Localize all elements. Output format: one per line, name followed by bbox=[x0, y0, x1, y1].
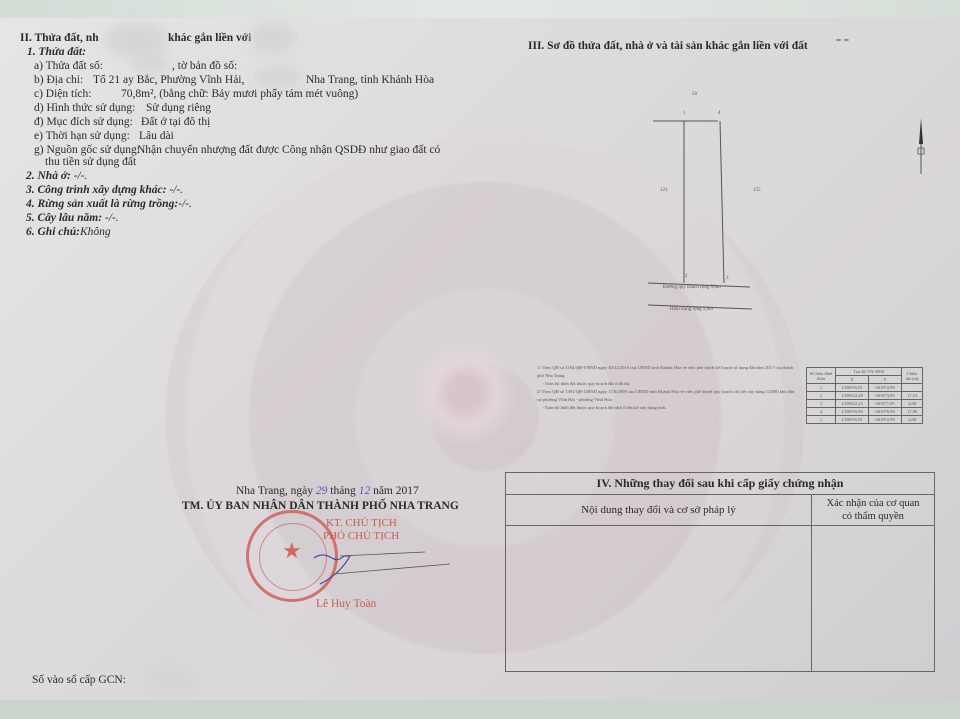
origin-value-2: thu tiền sử dụng đất bbox=[45, 155, 136, 169]
changes-table: IV. Những thay đổi sau khi cấp giấy chứn… bbox=[505, 472, 935, 672]
item-perennial-trees: 5. Cây lâu năm: -/-. bbox=[26, 211, 119, 225]
changes-content-cell bbox=[506, 526, 812, 671]
redaction-blur bbox=[140, 660, 200, 700]
address-label: b) Địa chỉ: bbox=[34, 73, 83, 87]
col-header: Chiều dài (m) bbox=[902, 368, 923, 384]
signer-role-2: PHÓ CHỦ TỊCH bbox=[323, 529, 399, 543]
coords-row: 41358935,98601976,9917,86 bbox=[807, 408, 923, 416]
usage-form-label: d) Hình thức sử dụng: bbox=[34, 101, 135, 115]
parcel-number-label: a) Thửa đất số: bbox=[34, 59, 103, 73]
coords-row: 21358922,28601973,0517,53 bbox=[807, 392, 923, 400]
corner-label: 4 bbox=[718, 111, 721, 116]
neighbor-right-label: 155 bbox=[753, 188, 761, 193]
usage-form-value: Sử dụng riêng bbox=[146, 101, 211, 115]
map-sheet-label: , tờ bản đồ số: bbox=[172, 59, 237, 73]
north-arrow-icon bbox=[916, 118, 926, 174]
redaction-blur bbox=[255, 66, 301, 88]
col-subheader: X bbox=[836, 376, 869, 384]
land-heading: 1. Thửa đất: bbox=[27, 45, 86, 59]
usage-term-value: Lâu dài bbox=[139, 129, 174, 143]
neighbor-left-label: 121 bbox=[660, 188, 668, 193]
issuing-authority: TM. ỦY BAN NHÂN DÂN THÀNH PHỐ NHA TRANG bbox=[182, 499, 459, 513]
item-planted-forest: 4. Rừng sản xuất là rừng trồng:-/-. bbox=[26, 197, 192, 211]
col-authority-confirmation: Xác nhận của cơ quan có thẩm quyền bbox=[812, 495, 934, 525]
area-value: 70,8m², (bằng chữ: Bảy mươi phẩy tám mét… bbox=[121, 87, 358, 101]
road-planned-label: Đường quy hoạch rộng 5,0m bbox=[663, 285, 721, 290]
seal-star-icon: ★ bbox=[282, 538, 302, 564]
section4-title: IV. Những thay đổi sau khi cấp giấy chứn… bbox=[506, 473, 934, 495]
redaction-blur bbox=[250, 22, 295, 54]
coordinates-table: Số hiệu đỉnh thửa Tọa độ VN-2000 Chiều d… bbox=[806, 367, 923, 424]
corner-label: 1 bbox=[683, 111, 686, 116]
note-2: 2/ Theo QĐ số 1391/QĐ-UBND ngày 17/6/200… bbox=[537, 388, 797, 404]
mark-glyph: ⁻ ⁻ bbox=[836, 36, 849, 50]
section2-title-left: II. Thửa đất, nh bbox=[20, 31, 99, 45]
col-header: Tọa độ VN-2000 bbox=[836, 368, 902, 376]
road-current-label: Hiện trạng rộng 5,0m bbox=[670, 307, 713, 312]
note-2-detail: - Toàn bộ thửa đất thuộc quy hoạch đất n… bbox=[537, 404, 797, 412]
coords-row: 11358935,81601972,99 bbox=[807, 384, 923, 392]
usage-term-label: e) Thời hạn sử dụng: bbox=[34, 129, 130, 143]
corner-label: 3 bbox=[726, 276, 729, 281]
planning-notes: 1/ Theo QĐ số 4164/QĐ-UBND ngày 30/12/20… bbox=[537, 364, 797, 412]
signer-role-1: KT. CHỦ TỊCH bbox=[326, 516, 397, 530]
neighbor-top-label: 56 bbox=[692, 92, 697, 97]
handwritten-signature bbox=[300, 548, 490, 588]
item-house: 2. Nhà ở: -/-. bbox=[26, 169, 87, 183]
authority-confirmation-cell bbox=[812, 526, 934, 671]
coords-row: 31358922,15601977,054,00 bbox=[807, 400, 923, 408]
redaction-blur bbox=[104, 22, 168, 58]
usage-purpose-label: đ) Mục đích sử dụng: bbox=[34, 115, 133, 129]
background-floor bbox=[0, 700, 960, 719]
col-subheader: Y bbox=[869, 376, 902, 384]
item-notes: 6. Ghi chú:Không bbox=[26, 225, 111, 239]
registry-number-label: Số vào sổ cấp GCN: bbox=[32, 673, 126, 687]
note-1-detail: - Toàn bộ thửa đất thuộc quy hoạch đất ở… bbox=[537, 380, 797, 388]
section3-title: III. Sơ đồ thửa đất, nhà ở và tài sản kh… bbox=[528, 40, 808, 52]
address-value-1: Tổ 21 ay Bắc, Phường Vĩnh Hải, bbox=[93, 73, 244, 87]
address-value-2: Nha Trang, tỉnh Khánh Hòa bbox=[306, 73, 434, 87]
note-1: 1/ Theo QĐ số 4164/QĐ-UBND ngày 30/12/20… bbox=[537, 364, 797, 380]
corner-label: 2 bbox=[685, 274, 688, 279]
col-changes-content: Nội dung thay đổi và cơ sở pháp lý bbox=[506, 495, 812, 525]
item-other-construction: 3. Công trình xây dựng khác: -/-. bbox=[26, 183, 183, 197]
origin-value-1: Nhận chuyển nhượng đất được Công nhận QS… bbox=[137, 143, 440, 157]
col-header: Số hiệu đỉnh thửa bbox=[807, 368, 836, 384]
usage-purpose-value: Đất ở tại đô thị bbox=[141, 115, 210, 129]
coords-row: 11358935,81601972,994,00 bbox=[807, 416, 923, 424]
watermark-star bbox=[410, 338, 520, 448]
area-label: c) Diện tích: bbox=[34, 87, 91, 101]
section2-title-right: khác gắn liền với bbox=[168, 31, 251, 45]
issue-date: Nha Trang, ngày 29 tháng 12 năm 2017 bbox=[236, 484, 419, 498]
redaction-blur bbox=[130, 54, 170, 74]
signer-name: Lê Huy Toàn bbox=[316, 597, 376, 611]
